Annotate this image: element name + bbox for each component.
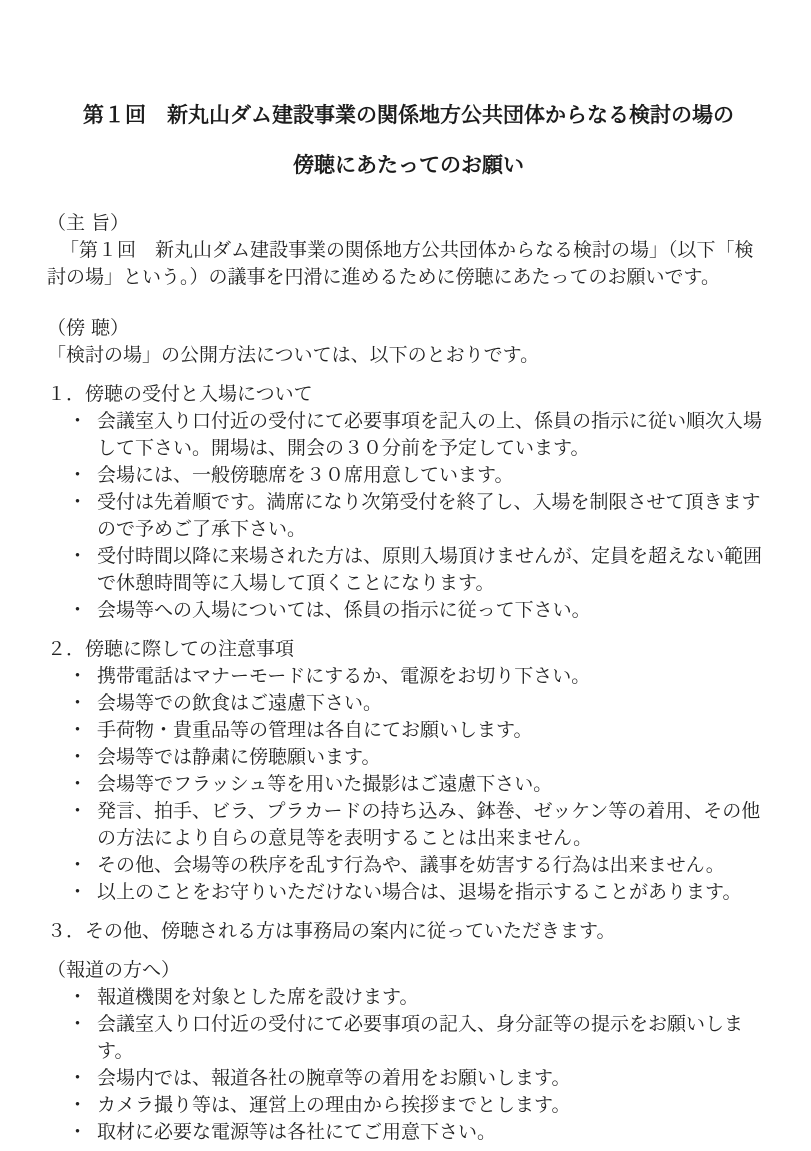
section-1-heading: １．傍聴の受付と入場について: [47, 381, 770, 408]
list-item: ・報道機関を対象とした席を設けます。: [47, 984, 770, 1011]
document-body: （主 旨） 「第１回 新丸山ダム建設事業の関係地方公共団体からなる検討の場」（以…: [47, 210, 770, 1146]
list-item: ・携帯電話はマナーモードにするか、電源をお切り下さい。: [47, 663, 770, 690]
list-item: ・会議室入り口付近の受付にて必要事項の記入、身分証等の提示をお願いします。: [47, 1011, 770, 1065]
bullet-marker: ・: [68, 984, 97, 1011]
section-observation-label: （傍 聴）: [47, 315, 770, 342]
section-1-bullet-list: ・会議室入り口付近の受付にて必要事項を記入の上、係員の指示に従い順次入場して下さ…: [47, 408, 770, 624]
bullet-marker: ・: [68, 663, 97, 690]
document-title: 第１回 新丸山ダム建設事業の関係地方公共団体からなる検討の場の 傍聴にあたっての…: [47, 100, 770, 180]
bullet-marker: ・: [68, 744, 97, 771]
bullet-marker: ・: [68, 798, 97, 825]
section-press: （報道の方へ） ・報道機関を対象とした席を設けます。 ・会議室入り口付近の受付に…: [47, 957, 770, 1146]
list-item: ・会場等では静粛に傍聴願います。: [47, 744, 770, 771]
list-item: ・その他、会場等の秩序を乱す行為や、議事を妨害する行為は出来ません。: [47, 852, 770, 879]
list-item: ・カメラ撮り等は、運営上の理由から挨拶までとします。: [47, 1092, 770, 1119]
list-item: ・会場内では、報道各社の腕章等の着用をお願いします。: [47, 1065, 770, 1092]
bullet-marker: ・: [68, 1119, 97, 1146]
section-3-heading: ３．その他、傍聴される方は事務局の案内に従っていただきます。: [47, 918, 770, 945]
list-item-text: 取材に必要な電源等は各社にてご用意下さい。: [97, 1119, 770, 1146]
list-item-text: 会場等でフラッシュ等を用いた撮影はご遠慮下さい。: [97, 771, 770, 798]
section-observation: （傍 聴） 「検討の場」の公開方法については、以下のとおりです。: [47, 315, 770, 369]
section-3-other: ３．その他、傍聴される方は事務局の案内に従っていただきます。: [47, 918, 770, 945]
bullet-marker: ・: [68, 852, 97, 879]
list-item-text: 会議室入り口付近の受付にて必要事項の記入、身分証等の提示をお願いします。: [97, 1011, 770, 1065]
list-item-text: 会場等での飲食はご遠慮下さい。: [97, 690, 770, 717]
list-item-text: 発言、拍手、ビラ、プラカードの持ち込み、鉢巻、ゼッケン等の着用、その他の方法によ…: [97, 798, 770, 852]
list-item-text: 携帯電話はマナーモードにするか、電源をお切り下さい。: [97, 663, 770, 690]
bullet-marker: ・: [68, 771, 97, 798]
bullet-marker: ・: [68, 543, 97, 570]
list-item: ・以上のことをお守りいただけない場合は、退場を指示することがあります。: [47, 879, 770, 906]
list-item: ・取材に必要な電源等は各社にてご用意下さい。: [47, 1119, 770, 1146]
list-item-text: 会議室入り口付近の受付にて必要事項を記入の上、係員の指示に従い順次入場して下さい…: [97, 408, 770, 462]
list-item: ・会場等への入場については、係員の指示に従って下さい。: [47, 597, 770, 624]
section-2-bullet-list: ・携帯電話はマナーモードにするか、電源をお切り下さい。 ・会場等での飲食はご遠慮…: [47, 663, 770, 906]
section-press-bullet-list: ・報道機関を対象とした席を設けます。 ・会議室入り口付近の受付にて必要事項の記入…: [47, 984, 770, 1146]
list-item: ・手荷物・貴重品等の管理は各自にてお願いします。: [47, 717, 770, 744]
bullet-marker: ・: [68, 1092, 97, 1119]
list-item: ・受付時間以降に来場された方は、原則入場頂けませんが、定員を超えない範囲で休憩時…: [47, 543, 770, 597]
list-item-text: 受付は先着順です。満席になり次第受付を終了し、入場を制限させて頂きますので予めご…: [97, 489, 770, 543]
section-2-heading: ２．傍聴に際しての注意事項: [47, 636, 770, 663]
bullet-marker: ・: [68, 489, 97, 516]
bullet-marker: ・: [68, 717, 97, 744]
section-observation-paragraph: 「検討の場」の公開方法については、以下のとおりです。: [47, 342, 770, 369]
list-item-text: 会場等では静粛に傍聴願います。: [97, 744, 770, 771]
list-item-text: 会場には、一般傍聴席を３０席用意しています。: [97, 462, 770, 489]
document-title-line2: 傍聴にあたってのお願い: [47, 150, 770, 180]
list-item-text: 報道機関を対象とした席を設けます。: [97, 984, 770, 1011]
list-item-text: その他、会場等の秩序を乱す行為や、議事を妨害する行為は出来ません。: [97, 852, 770, 879]
document-page: 第１回 新丸山ダム建設事業の関係地方公共団体からなる検討の場の 傍聴にあたっての…: [0, 0, 811, 1151]
section-purpose-paragraph: 「第１回 新丸山ダム建設事業の関係地方公共団体からなる検討の場」（以下「検討の場…: [47, 237, 770, 291]
bullet-marker: ・: [68, 1011, 97, 1038]
list-item: ・会場等での飲食はご遠慮下さい。: [47, 690, 770, 717]
section-purpose-label: （主 旨）: [47, 210, 770, 237]
list-item-text: 以上のことをお守りいただけない場合は、退場を指示することがあります。: [97, 879, 770, 906]
list-item: ・会議室入り口付近の受付にて必要事項を記入の上、係員の指示に従い順次入場して下さ…: [47, 408, 770, 462]
list-item-text: カメラ撮り等は、運営上の理由から挨拶までとします。: [97, 1092, 770, 1119]
section-purpose: （主 旨） 「第１回 新丸山ダム建設事業の関係地方公共団体からなる検討の場」（以…: [47, 210, 770, 291]
section-1-reception: １．傍聴の受付と入場について ・会議室入り口付近の受付にて必要事項を記入の上、係…: [47, 381, 770, 624]
list-item-text: 会場内では、報道各社の腕章等の着用をお願いします。: [97, 1065, 770, 1092]
list-item: ・受付は先着順です。満席になり次第受付を終了し、入場を制限させて頂きますので予め…: [47, 489, 770, 543]
bullet-marker: ・: [68, 597, 97, 624]
bullet-marker: ・: [68, 879, 97, 906]
list-item-text: 会場等への入場については、係員の指示に従って下さい。: [97, 597, 770, 624]
bullet-marker: ・: [68, 690, 97, 717]
list-item-text: 受付時間以降に来場された方は、原則入場頂けませんが、定員を超えない範囲で休憩時間…: [97, 543, 770, 597]
section-2-rules: ２．傍聴に際しての注意事項 ・携帯電話はマナーモードにするか、電源をお切り下さい…: [47, 636, 770, 906]
list-item: ・発言、拍手、ビラ、プラカードの持ち込み、鉢巻、ゼッケン等の着用、その他の方法に…: [47, 798, 770, 852]
bullet-marker: ・: [68, 1065, 97, 1092]
list-item-text: 手荷物・貴重品等の管理は各自にてお願いします。: [97, 717, 770, 744]
bullet-marker: ・: [68, 462, 97, 489]
bullet-marker: ・: [68, 408, 97, 435]
list-item: ・会場等でフラッシュ等を用いた撮影はご遠慮下さい。: [47, 771, 770, 798]
list-item: ・会場には、一般傍聴席を３０席用意しています。: [47, 462, 770, 489]
section-press-label: （報道の方へ）: [47, 957, 770, 984]
document-title-line1: 第１回 新丸山ダム建設事業の関係地方公共団体からなる検討の場の: [47, 100, 770, 130]
